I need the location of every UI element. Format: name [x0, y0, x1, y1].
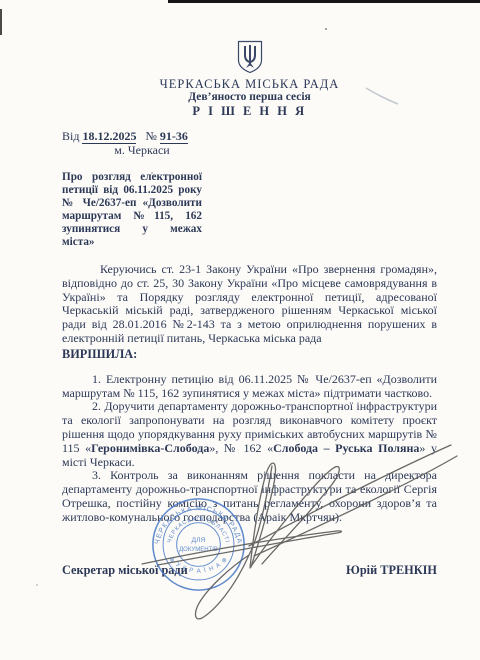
- document-page: ЧЕРКАСЬКА МІСЬКА РАДА Дев’яносто перша с…: [0, 0, 480, 660]
- subject-line: зупинятися у межах: [62, 223, 202, 236]
- document-content: ЧЕРКАСЬКА МІСЬКА РАДА Дев’яносто перша с…: [62, 0, 437, 578]
- official-round-stamp: ЧЕРКАСЬКА МІСЬКА РАДА ЧЕРКАСЬКОЇ ОБЛАСТІ…: [150, 496, 247, 593]
- subject-line: петиції від 06.11.2025 року: [62, 184, 202, 197]
- scan-speck: [36, 584, 38, 586]
- number-value: 91-36: [160, 129, 188, 144]
- resolved-heading: ВИРІШИЛА:: [62, 347, 437, 361]
- subject-block: Про розгляд електронної петиції від 06.1…: [62, 171, 202, 249]
- org-name: ЧЕРКАСЬКА МІСЬКА РАДА: [160, 78, 340, 91]
- resolution-item-3: 3. Контроль за виконанням рішення поклас…: [62, 469, 437, 524]
- trident-emblem-icon: [236, 40, 264, 74]
- subject-line: Про розгляд електронної: [62, 171, 202, 184]
- resolution-item-2: 2. Доручити департаменту дорожньо-трансп…: [62, 400, 437, 469]
- date-number-block: Від 18.12.2025 № 91-36 м. Черкаси: [62, 130, 222, 157]
- session-title: Дев’яносто перша сесія: [188, 91, 311, 104]
- date-label: Від: [62, 129, 79, 143]
- subject-line: міста»: [62, 236, 202, 249]
- document-type-title: Р І Ш Е Н Н Я: [192, 104, 306, 118]
- route-name-115: Геронимівка-Слобода: [91, 441, 209, 455]
- scan-edge-artifact: [0, 9, 2, 35]
- resolution-items: 1. Електронну петицію від 06.11.2025 № Ч…: [62, 373, 437, 525]
- signer-name: Юрій ТРЕНКІН: [346, 563, 437, 578]
- stamp-center-line1: ДЛЯ: [192, 537, 206, 544]
- number-label: №: [139, 129, 156, 143]
- date-line: Від 18.12.2025 № 91-36: [62, 130, 222, 143]
- item-2-text: », № 162 «: [209, 441, 273, 455]
- stamp-center-line2: ДОКУМЕНТІВ: [179, 547, 218, 553]
- route-name-162: Слобода – Руська Поляна: [273, 441, 419, 455]
- subject-line: № Че/2637-еп «Дозволити: [62, 197, 202, 210]
- preamble-paragraph: Керуючись ст. 23-1 Закону України «Про з…: [62, 263, 437, 346]
- subject-line: маршрутам №115, 162: [62, 210, 202, 223]
- document-header: ЧЕРКАСЬКА МІСЬКА РАДА Дев’яносто перша с…: [62, 0, 437, 118]
- city-label: м. Черкаси: [62, 144, 222, 157]
- date-value: 18.12.2025: [82, 129, 136, 144]
- signature-row: Секретар міської ради Юрій ТРЕНКІН: [62, 563, 437, 578]
- resolution-item-1: 1. Електронну петицію від 06.11.2025 № Ч…: [62, 373, 437, 401]
